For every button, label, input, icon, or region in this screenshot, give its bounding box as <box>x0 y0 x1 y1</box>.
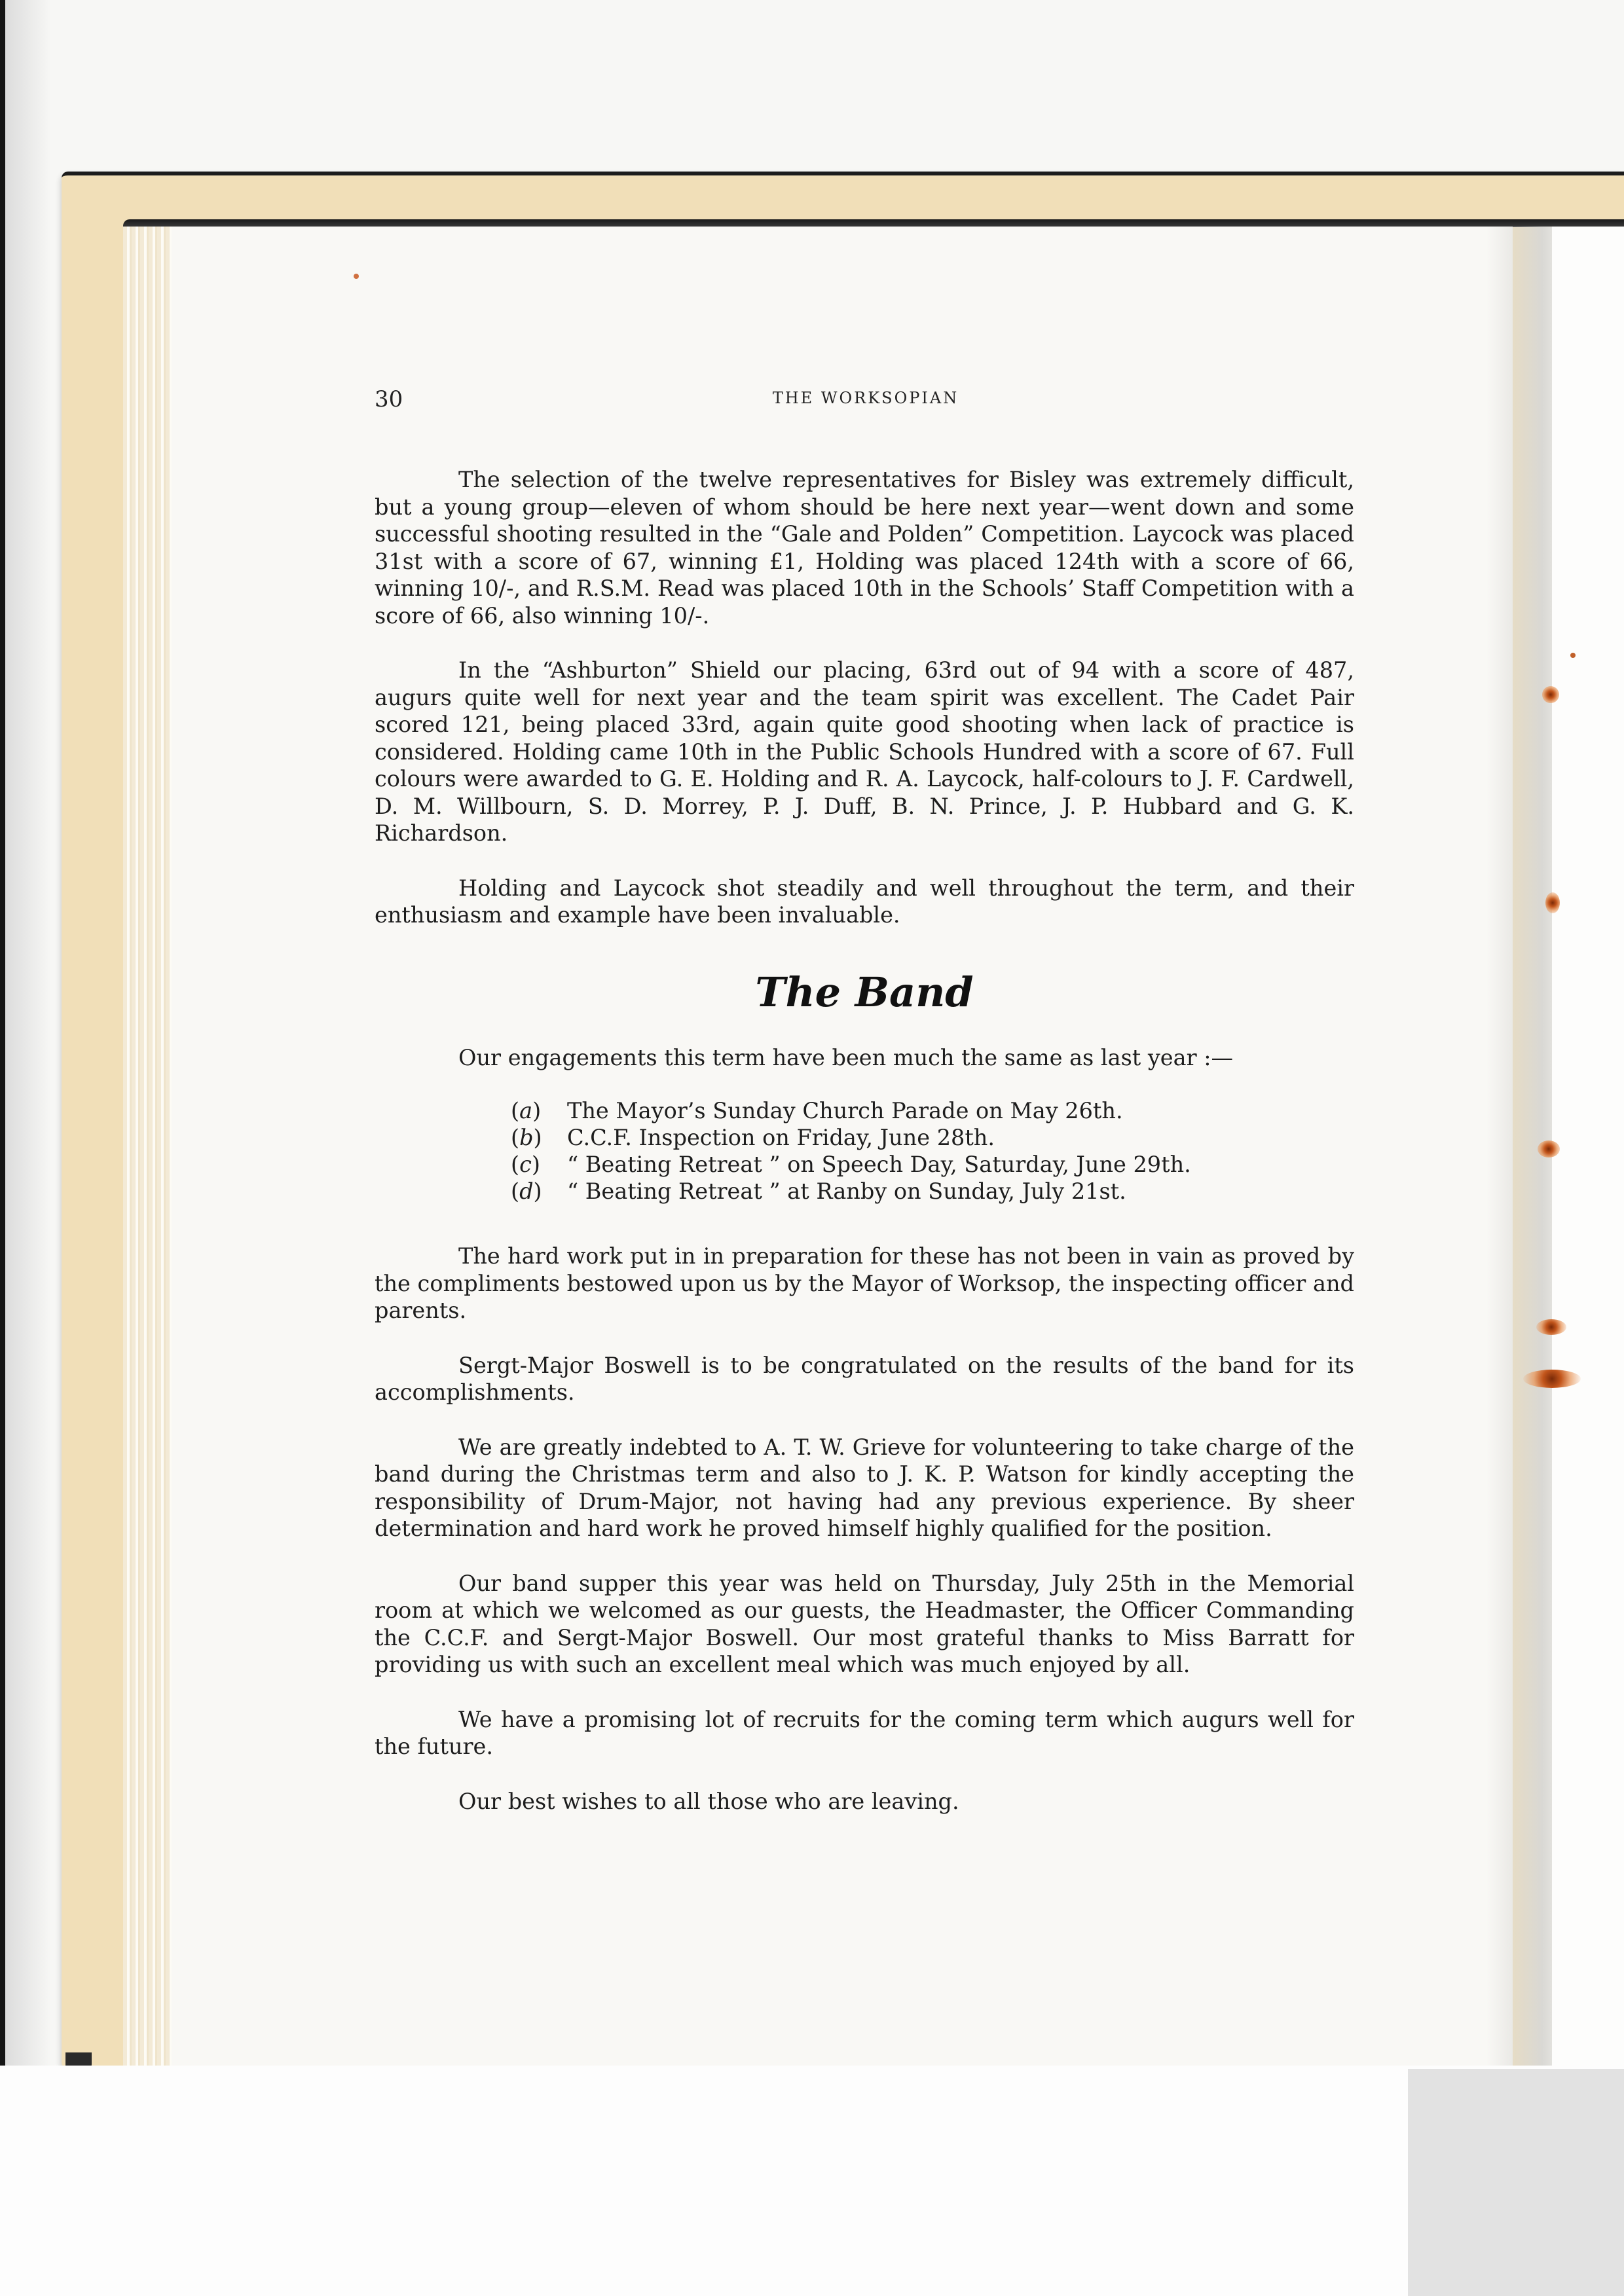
paragraph-best-wishes: Our best wishes to all those who are lea… <box>375 1788 1354 1815</box>
rust-speck <box>354 274 359 279</box>
scanner-edge <box>0 0 5 2296</box>
list-item: (c) “ Beating Retreat ” on Speech Day, S… <box>375 1151 1354 1178</box>
list-item-label: (b) <box>511 1124 567 1151</box>
paragraph-band-supper: Our band supper this year was held on Th… <box>375 1570 1354 1679</box>
list-item-text: C.C.F. Inspection on Friday, June 28th. <box>567 1124 995 1151</box>
list-item-text: “ Beating Retreat ” at Ranby on Sunday, … <box>567 1178 1126 1205</box>
rust-stain <box>1536 1319 1566 1335</box>
paragraph-bisley: The selection of the twelve representati… <box>375 466 1354 629</box>
page-header: 30 THE WORKSOPIAN <box>375 386 1357 412</box>
list-item: (a) The Mayor’s Sunday Church Parade on … <box>375 1097 1354 1124</box>
list-item-text: The Mayor’s Sunday Church Parade on May … <box>567 1097 1123 1124</box>
section-title: The Band <box>375 970 1354 1015</box>
rust-stain <box>1538 1140 1560 1157</box>
rust-stain <box>1545 892 1560 913</box>
paragraph-holding-laycock: Holding and Laycock shot steadily and we… <box>375 875 1354 929</box>
shooting-report: The selection of the twelve representati… <box>375 466 1354 929</box>
rust-stain <box>1542 686 1559 703</box>
scanner-background-bottom-right <box>1408 2069 1624 2296</box>
rust-stain <box>1523 1370 1581 1388</box>
band-section: The Band Our engagements this term have … <box>375 970 1354 1815</box>
list-item-label: (c) <box>511 1151 567 1178</box>
list-item-label: (a) <box>511 1097 567 1124</box>
paragraph-grieve-watson: We are greatly indebted to A. T. W. Grie… <box>375 1434 1354 1542</box>
paragraph-hard-work: The hard work put in in preparation for … <box>375 1243 1354 1324</box>
engagements-list: (a) The Mayor’s Sunday Church Parade on … <box>375 1097 1354 1205</box>
page-content: The selection of the twelve representati… <box>375 466 1354 1842</box>
scanner-background-bottom <box>0 2066 1624 2296</box>
paragraph-ashburton: In the “Ashburton” Shield our placing, 6… <box>375 657 1354 847</box>
list-item-label: (d) <box>511 1178 567 1205</box>
paragraph-recruits: We have a promising lot of recruits for … <box>375 1706 1354 1760</box>
facing-page-edge <box>1552 227 1624 2083</box>
list-item: (b) C.C.F. Inspection on Friday, June 28… <box>375 1124 1354 1151</box>
page-stack-edges <box>123 227 172 2083</box>
engagements-intro: Our engagements this term have been much… <box>375 1044 1354 1072</box>
rust-speck <box>1570 653 1576 658</box>
paragraph-boswell: Sergt-Major Boswell is to be congratulat… <box>375 1352 1354 1406</box>
list-item-text: “ Beating Retreat ” on Speech Day, Satur… <box>567 1151 1191 1178</box>
scanner-shade <box>5 0 51 2296</box>
running-head: THE WORKSOPIAN <box>375 389 1357 407</box>
list-item: (d) “ Beating Retreat ” at Ranby on Sund… <box>375 1178 1354 1205</box>
